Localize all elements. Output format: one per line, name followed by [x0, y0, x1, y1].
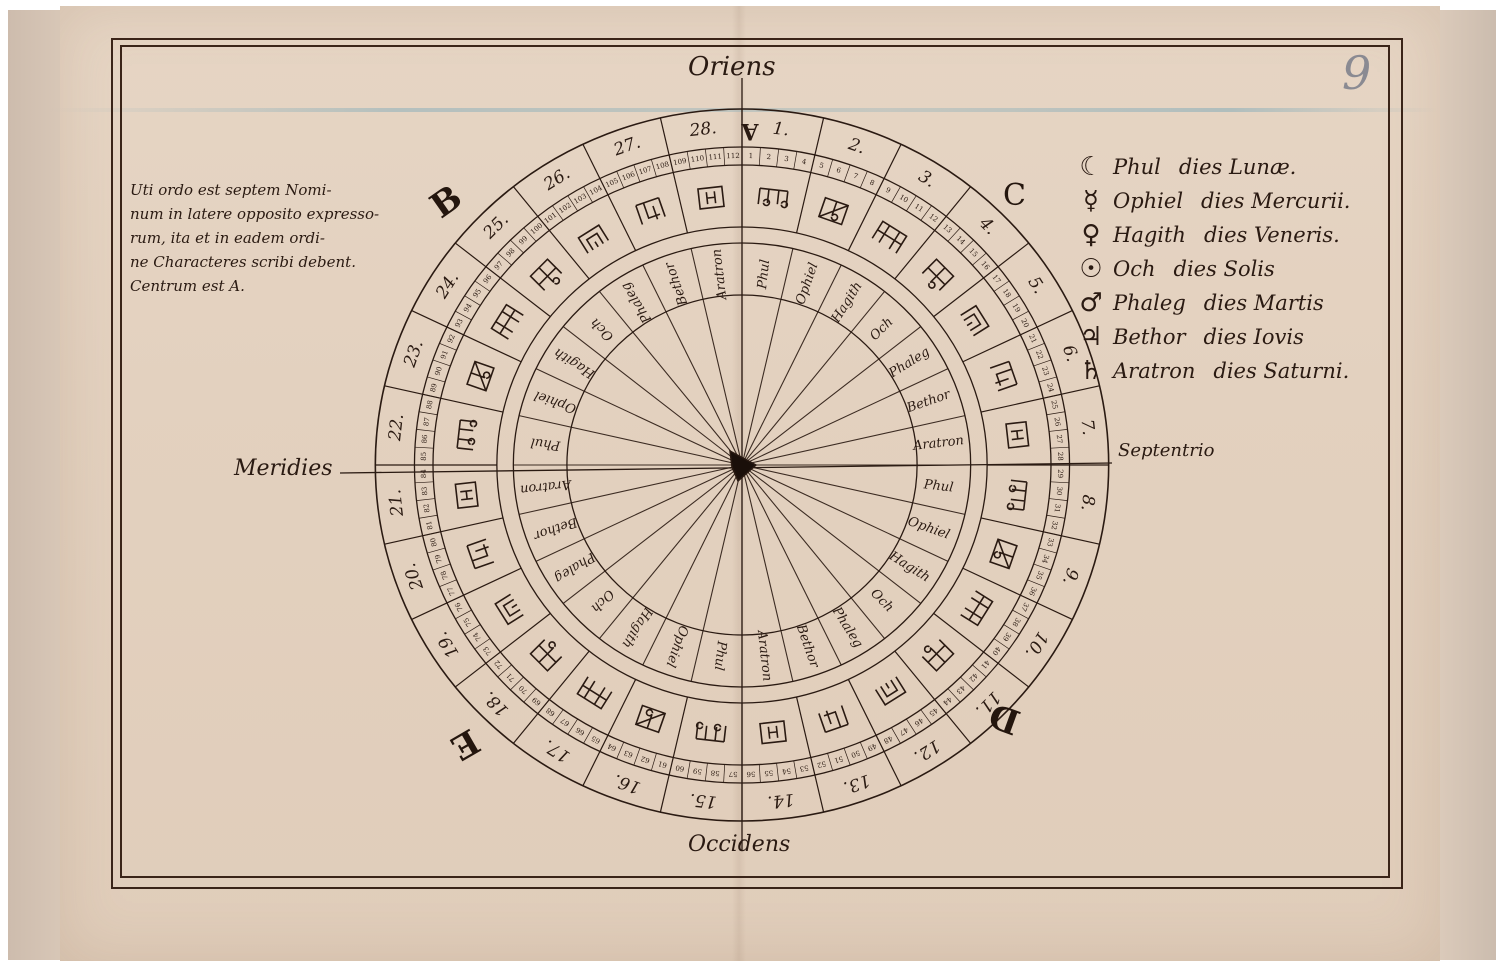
band-number: 99: [517, 234, 529, 246]
sector-number: 24.: [431, 269, 463, 303]
band-number: 110: [690, 154, 704, 164]
sector-number: 28.: [688, 118, 718, 141]
spirit-name-label: Ophiel: [793, 261, 821, 307]
band-tick: [687, 761, 690, 779]
band-number: 94: [462, 302, 474, 314]
band-number: 105: [604, 177, 619, 190]
band-number: 72: [493, 658, 505, 670]
spirit-name-label: Phaleg: [618, 279, 655, 326]
band-number: 80: [429, 537, 439, 548]
band-number: 109: [673, 157, 688, 167]
band-tick: [427, 548, 445, 553]
band-tick: [1034, 360, 1051, 366]
centre-ray: [742, 291, 885, 465]
band-number: 61: [657, 759, 668, 769]
band-tick: [1051, 482, 1070, 483]
band-number: 32: [1049, 520, 1059, 530]
sector-number: 5.: [1024, 273, 1050, 297]
sector-number: 22.: [385, 413, 408, 443]
band-tick: [705, 149, 707, 167]
spirit-name-label: Phul: [530, 434, 562, 452]
band-tick: [705, 763, 707, 781]
spirit-name-label: Phul: [922, 477, 954, 495]
sector-number: 23.: [400, 337, 428, 370]
spirit-name-label: Och: [867, 315, 896, 344]
band-number: 52: [816, 759, 827, 769]
band-tick: [433, 564, 450, 570]
band-number: 91: [439, 349, 450, 360]
band-tick: [876, 178, 884, 194]
spirit-sigil-icon: [760, 721, 786, 744]
band-number: 67: [559, 716, 571, 728]
quadrant-letter-c: C: [1003, 178, 1026, 213]
spirit-name-label: Hagith: [551, 344, 598, 381]
band-tick: [811, 757, 815, 775]
band-number: 11: [913, 202, 925, 214]
sector-number: 9.: [1058, 566, 1082, 588]
band-number: 10: [898, 193, 910, 204]
spirit-sigil-icon: [876, 677, 906, 705]
sector-number: 15.: [689, 789, 718, 812]
sector-number: 8.: [1077, 494, 1099, 512]
sector-number: 6.: [1058, 343, 1082, 365]
band-number: 112: [726, 152, 740, 160]
band-tick: [433, 360, 450, 366]
sector-number: 10.: [1021, 628, 1052, 662]
band-number: 57: [729, 770, 738, 778]
band-number: 104: [588, 184, 604, 197]
band-tick: [419, 412, 437, 415]
band-number: 46: [912, 716, 924, 728]
spirit-name-label: Aratron: [710, 248, 731, 301]
spirit-name-label: Phaleg: [886, 345, 933, 382]
band-number: 66: [574, 725, 586, 737]
sector-divider: [848, 679, 901, 785]
band-number: 84: [420, 469, 428, 479]
sector-divider: [963, 311, 1073, 362]
band-number: 37: [1019, 601, 1030, 613]
sector-number: 1.: [772, 119, 790, 141]
olympic-spirits-wheel: 1234567891011121314151617181920212223242…: [0, 0, 1500, 967]
spirit-sigil-icon: [1007, 480, 1027, 511]
compass-label-east: Oriens: [688, 52, 776, 82]
band-tick: [423, 532, 441, 536]
band-number: 88: [425, 400, 435, 410]
band-number: 55: [764, 769, 774, 778]
band-tick: [777, 763, 779, 781]
spirit-name-label: Bethor: [662, 259, 692, 308]
centre-ray: [563, 327, 742, 465]
band-number: 101: [543, 211, 558, 225]
band-number: 38: [1010, 616, 1021, 628]
band-number: 40: [990, 645, 1002, 657]
spirit-sigil-icon: [531, 259, 565, 293]
sector-number: 7.: [1077, 418, 1099, 436]
band-number: 81: [425, 520, 435, 530]
band-tick: [617, 742, 624, 759]
band-tick: [724, 148, 725, 166]
band-number: 77: [446, 586, 457, 597]
band-number: 100: [529, 222, 544, 237]
band-tick: [415, 447, 434, 448]
spirit-sigil-icon: [467, 539, 494, 568]
band-number: 53: [799, 763, 809, 773]
band-number: 68: [545, 706, 557, 718]
spirit-sigil-icon: [698, 186, 724, 209]
band-number: 31: [1053, 503, 1062, 513]
spirit-sigil-icon: [990, 362, 1017, 391]
sector-number: 27.: [610, 133, 643, 161]
spirit-sigil-icon: [919, 636, 953, 670]
spirit-sigil-icon: [990, 539, 1017, 568]
spirit-sigil-icon: [919, 259, 953, 293]
band-number: 45: [927, 706, 939, 718]
band-number: 3: [784, 155, 790, 164]
band-number: 86: [420, 434, 429, 444]
sector-number: 14.: [766, 789, 795, 812]
band-number: 22: [1034, 349, 1045, 360]
band-tick: [777, 149, 779, 167]
spirit-name-label: Hagith: [618, 604, 655, 651]
band-number: 58: [710, 769, 720, 778]
spirit-name-label: Och: [867, 586, 896, 615]
spirit-name-label: Ophiel: [906, 514, 952, 542]
band-number: 111: [708, 153, 722, 162]
band-number: 82: [422, 503, 431, 513]
band-number: 96: [482, 273, 494, 285]
band-number: 71: [505, 671, 517, 683]
band-number: 9: [884, 186, 892, 195]
band-number: 65: [590, 734, 602, 745]
band-number: 102: [557, 201, 573, 215]
band-tick: [1043, 532, 1061, 536]
centre-ray: [742, 465, 921, 603]
band-tick: [759, 148, 760, 166]
band-tick: [1049, 499, 1067, 501]
band-number: 106: [621, 170, 637, 182]
spirit-name-label: Ophiel: [662, 623, 690, 669]
spirit-name-label: Bethor: [904, 387, 953, 417]
band-number: 25: [1049, 400, 1059, 410]
spirit-sigil-icon: [531, 636, 565, 670]
band-number: 51: [833, 754, 844, 764]
band-tick: [687, 151, 690, 169]
band-number: 108: [655, 160, 670, 171]
centre-ray: [599, 291, 742, 465]
band-tick: [417, 429, 435, 431]
band-number: 60: [675, 763, 685, 773]
band-number: 92: [446, 333, 457, 344]
spirit-sigil-icon: [758, 188, 789, 208]
band-tick: [1039, 548, 1057, 553]
sector-number: 26.: [539, 164, 573, 196]
band-tick: [794, 151, 797, 169]
band-number: 73: [482, 645, 494, 657]
band-number: 21: [1027, 333, 1038, 344]
band-tick: [1043, 394, 1061, 398]
sector-number: 12.: [910, 735, 944, 766]
band-number: 33: [1045, 537, 1055, 548]
sector-number: 13.: [841, 770, 873, 798]
sector-number: 21.: [385, 488, 408, 518]
band-tick: [724, 765, 725, 783]
spirit-sigil-icon: [495, 594, 523, 624]
spirit-sigil-icon: [578, 225, 608, 253]
manuscript-page: 9 Uti ordo est septem Nomi- num in later…: [0, 0, 1500, 967]
band-tick: [427, 377, 445, 382]
band-number: 4: [801, 158, 807, 167]
band-number: 89: [429, 383, 439, 394]
band-number: 41: [979, 658, 991, 670]
band-number: 95: [472, 287, 484, 299]
band-number: 87: [422, 417, 431, 427]
band-number: 28: [1056, 452, 1064, 461]
spirit-sigil-icon: [467, 362, 494, 391]
band-number: 20: [1019, 317, 1030, 329]
band-number: 59: [693, 766, 703, 775]
band-number: 8: [868, 178, 875, 187]
band-number: 24: [1045, 383, 1055, 394]
band-tick: [419, 515, 437, 518]
spirit-sigil-icon: [819, 198, 848, 225]
sector-number: 17.: [540, 735, 574, 766]
spirit-sigil-icon: [636, 706, 665, 733]
quadrant-letter-a: A: [741, 118, 760, 144]
sector-number: 20.: [400, 560, 428, 593]
band-number: 16: [979, 260, 991, 272]
spirit-sigil-icon: [457, 419, 477, 450]
band-number: 12: [927, 212, 939, 224]
spirit-sigil-icon: [961, 306, 989, 336]
band-number: 43: [955, 684, 967, 696]
spirit-name-label: Aratron: [911, 433, 964, 454]
spirit-name-label: Phaleg: [551, 548, 598, 585]
band-number: 15: [967, 247, 979, 259]
band-tick: [811, 155, 815, 173]
band-tick: [794, 761, 797, 779]
spirit-sigil-icon: [636, 198, 665, 225]
band-tick: [860, 171, 867, 188]
spirit-name-label: Ophiel: [532, 387, 578, 415]
band-number: 97: [493, 260, 505, 272]
spirit-name-label: Bethor: [792, 622, 822, 671]
band-number: 44: [941, 695, 953, 707]
centre-ray: [742, 327, 921, 465]
spirit-name-label: Phul: [711, 639, 729, 671]
band-number: 7: [852, 172, 859, 181]
band-number: 19: [1010, 302, 1021, 314]
spirit-name-label: Phul: [755, 259, 773, 291]
centre-ray: [742, 465, 885, 639]
sector-number: 18.: [480, 687, 513, 720]
spirit-name-label: Hagith: [828, 279, 865, 326]
band-number: 79: [434, 553, 444, 564]
band-number: 36: [1027, 586, 1038, 598]
band-number: 23: [1040, 366, 1050, 377]
band-number: 56: [746, 770, 756, 778]
spirit-sigil-icon: [577, 677, 611, 709]
sector-number: 3.: [915, 166, 939, 192]
band-number: 50: [850, 748, 861, 759]
band-number: 90: [434, 366, 444, 377]
band-number: 27: [1055, 434, 1064, 444]
band-tick: [1039, 377, 1057, 382]
spirit-name-label: Och: [588, 315, 617, 344]
band-tick: [759, 765, 760, 783]
band-number: 85: [420, 452, 428, 461]
spirit-name-label: Aratron: [754, 629, 775, 682]
spirit-sigil-icon: [491, 305, 523, 339]
compass-label-south: Meridies: [234, 456, 333, 481]
band-number: 26: [1053, 417, 1062, 427]
band-tick: [415, 482, 434, 483]
band-number: 93: [454, 317, 465, 329]
band-number: 30: [1055, 486, 1064, 496]
band-tick: [1034, 564, 1051, 570]
band-number: 35: [1034, 570, 1045, 581]
spirit-name-label: Aratron: [519, 476, 572, 497]
band-number: 42: [967, 671, 979, 683]
spirit-sigil-icon: [1006, 422, 1029, 448]
band-number: 83: [420, 486, 429, 496]
band-number: 54: [781, 766, 791, 775]
band-number: 13: [941, 223, 953, 235]
spirit-sigil-icon: [695, 722, 726, 742]
band-tick: [634, 748, 640, 765]
band-tick: [1047, 412, 1065, 415]
band-number: 62: [640, 754, 651, 764]
band-tick: [828, 753, 833, 770]
band-number: 76: [453, 601, 464, 613]
sector-divider: [583, 144, 636, 250]
band-number: 29: [1056, 469, 1064, 478]
band-number: 39: [1001, 631, 1013, 643]
band-number: 6: [835, 166, 842, 175]
spirit-sigil-icon: [819, 706, 848, 733]
sector-divider: [412, 568, 522, 619]
sector-number: 19.: [432, 628, 463, 662]
spirit-name-label: Bethor: [531, 514, 580, 544]
band-number: 1: [749, 152, 754, 160]
band-tick: [1051, 447, 1070, 448]
band-number: 18: [1001, 287, 1013, 299]
sector-number: 25.: [479, 210, 513, 244]
band-tick: [669, 757, 673, 775]
band-number: 17: [990, 273, 1002, 285]
spirit-sigil-icon: [961, 591, 993, 625]
spirit-sigil-icon: [872, 221, 906, 253]
band-tick: [1047, 515, 1065, 518]
band-number: 78: [439, 570, 450, 581]
band-number: 14: [955, 234, 967, 246]
band-number: 49: [866, 742, 877, 753]
band-number: 107: [638, 165, 653, 177]
band-number: 47: [898, 725, 910, 736]
band-number: 74: [471, 630, 483, 642]
band-tick: [844, 165, 850, 182]
spirit-sigil-icon: [455, 482, 478, 508]
band-number: 98: [505, 247, 517, 259]
band-number: 63: [623, 748, 634, 759]
band-number: 69: [531, 695, 543, 707]
band-tick: [1049, 429, 1067, 431]
spirit-name-label: Och: [588, 586, 617, 615]
band-number: 75: [462, 616, 473, 628]
centre-ray: [563, 465, 742, 603]
sector-number: 16.: [611, 770, 643, 798]
centre-ray: [599, 465, 742, 639]
sector-number: 2.: [845, 134, 868, 159]
band-number: 5: [818, 161, 824, 170]
sector-number: 4.: [974, 213, 1000, 239]
band-tick: [417, 499, 435, 501]
band-tick: [651, 753, 656, 770]
spirit-name-label: Hagith: [885, 548, 932, 585]
compass-label-west: Occidens: [688, 832, 790, 857]
band-tick: [828, 159, 833, 176]
band-number: 34: [1040, 553, 1050, 564]
band-number: 103: [573, 192, 589, 206]
band-number: 70: [517, 684, 529, 696]
band-number: 2: [766, 153, 771, 161]
compass-label-north: Septentrio: [1118, 440, 1214, 461]
band-number: 64: [606, 741, 618, 752]
spirit-name-label: Phaleg: [828, 604, 865, 651]
band-number: 48: [882, 734, 894, 745]
band-tick: [423, 394, 441, 398]
